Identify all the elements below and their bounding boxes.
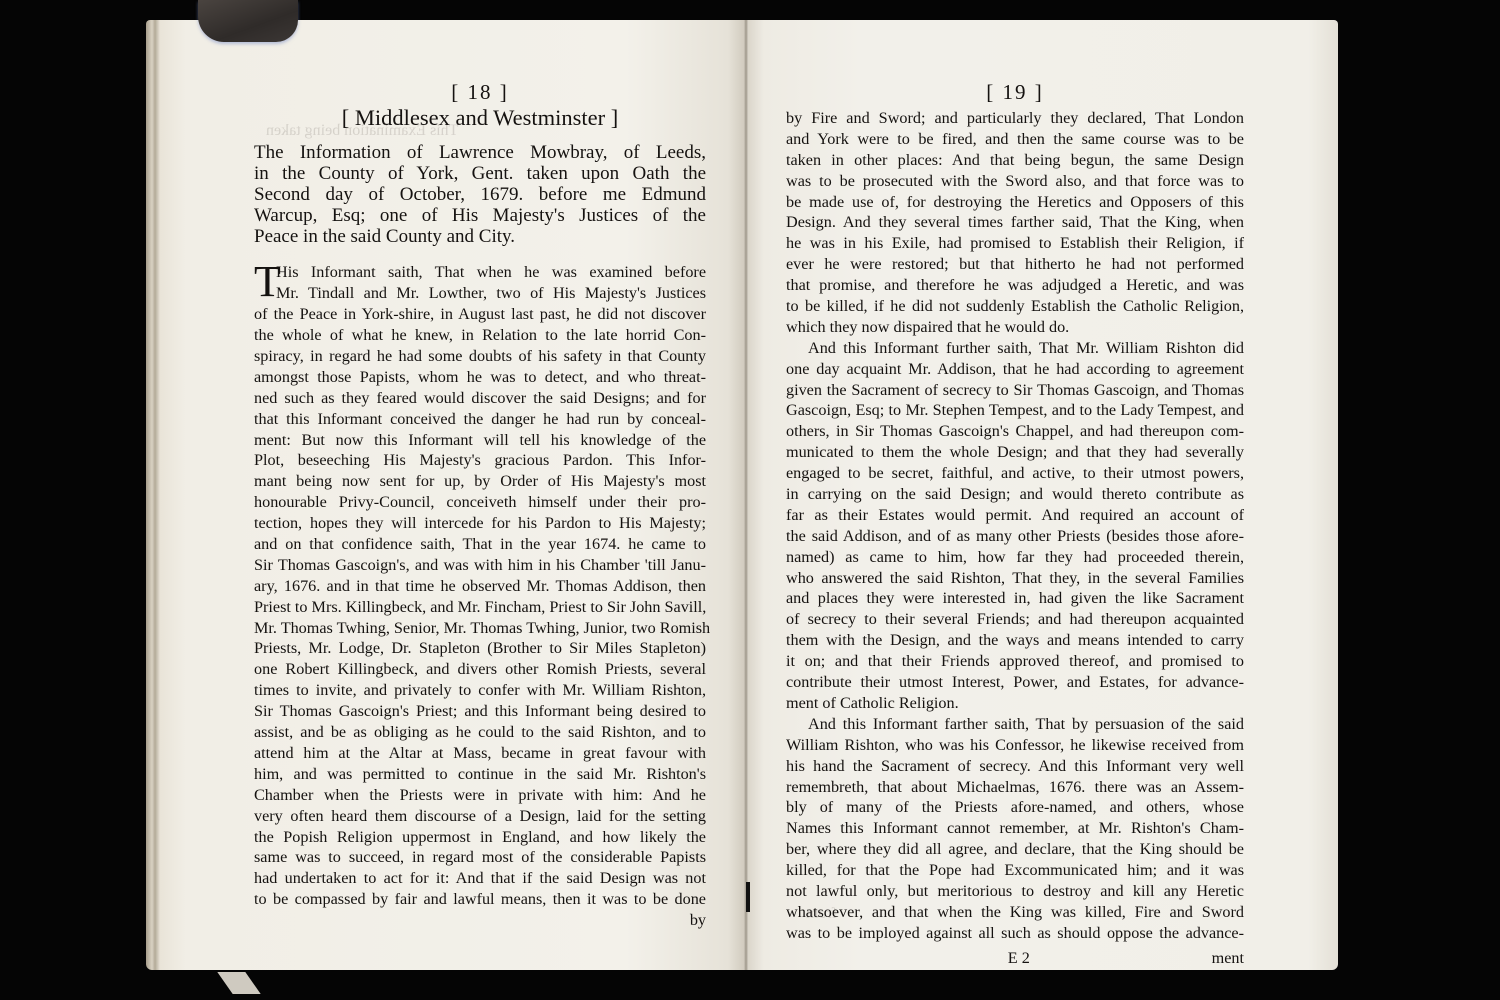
text-line: ary, 1676. and in that time he observed … <box>254 576 706 597</box>
text-line: one Robert Killingbeck, and divers other… <box>254 659 706 680</box>
text-line: by Fire and Sword; and particularly they… <box>786 108 1244 129</box>
text-line: Mr. Thomas Twhing, Senior, Mr. Thomas Tw… <box>254 618 706 639</box>
text-line: which they now dispaired that he would d… <box>786 317 1244 338</box>
heading-line: Second day of October, 1679. before me E… <box>270 184 706 205</box>
text-line: William Rishton, who was his Confessor, … <box>786 735 1244 756</box>
document-heading: The Information of Lawrence Mowbray, of … <box>254 142 706 246</box>
text-line: And this Informant further saith, That M… <box>786 338 1244 359</box>
right-column: [ 19 ] by Fire and Sword; and particular… <box>786 82 1244 970</box>
text-line: others, in Sir Thomas Gascoign's Chappel… <box>786 421 1244 442</box>
text-line: contribute their utmost Interest, Power,… <box>786 672 1244 693</box>
text-line: the whole of what he knew, in Relation t… <box>254 325 706 346</box>
text-line: Names this Informant cannot remember, at… <box>786 818 1244 839</box>
page-footer: E 2 ment <box>786 948 1244 970</box>
text-line: ment: But now this Informant will tell h… <box>254 430 706 451</box>
text-line: Sir Thomas Gascoign's, and was with him … <box>254 555 706 576</box>
text-line: mant being now sent for up, by Order of … <box>254 471 706 492</box>
catchword: by <box>254 910 706 931</box>
text-line: far as their Estates would permit. And r… <box>786 505 1244 526</box>
text-line: be made use of, for destroying the Heret… <box>786 192 1244 213</box>
text-line: spiracy, in regard he had some doubts of… <box>254 346 706 367</box>
text-line: whatsoever, and that when the King was k… <box>786 902 1244 923</box>
catchword: ment <box>1212 948 1244 970</box>
text-line: honourable Privy-Council, conceiveth him… <box>254 492 706 513</box>
heading-line: Peace in the said County and City. <box>270 226 706 247</box>
text-line: attend him at the Altar at Mass, became … <box>254 743 706 764</box>
text-line: Priests, Mr. Lodge, Dr. Stapleton (Broth… <box>254 638 706 659</box>
text-line: them with the Design, and the ways and m… <box>786 630 1244 651</box>
text-line: And this Informant farther saith, That b… <box>786 714 1244 735</box>
text-line: and on that confidence saith, That in th… <box>254 534 706 555</box>
text-line: of secrecy to their several Friends; and… <box>786 609 1244 630</box>
text-line: bly of many of the Priests afore-named, … <box>786 797 1244 818</box>
heading-line: Warcup, Esq; one of His Majesty's Justic… <box>270 205 706 226</box>
text-line: to be killed, if he did not suddenly Est… <box>786 296 1244 317</box>
text-line: Priest to Mrs. Killingbeck, and Mr. Finc… <box>254 597 706 618</box>
body-text: by Fire and Sword; and particularly they… <box>786 108 1244 944</box>
text-line: named) as came to him, how far they had … <box>786 547 1244 568</box>
text-line: and places they were interested in, had … <box>786 588 1244 609</box>
metal-clip <box>198 0 298 42</box>
text-line: it on; and that their Friends approved t… <box>786 651 1244 672</box>
text-line: ever he were restored; but that hitherto… <box>786 254 1244 275</box>
text-line: of the Peace in York-shire, in August la… <box>254 304 706 325</box>
text-line: given the Sacrament of secrecy to Sir Th… <box>786 380 1244 401</box>
text-line: had undertaken to act for it: And that i… <box>254 868 706 889</box>
text-line: remembreth, that about Michaelmas, 1676.… <box>786 777 1244 798</box>
heading-line: The Information of Lawrence Mowbray, of … <box>270 142 706 163</box>
drop-cap: T <box>254 262 281 302</box>
text-line: His Informant saith, That when he was ex… <box>254 262 706 283</box>
text-line: that promise, and therefore he was adjud… <box>786 275 1244 296</box>
body-text: T His Informant saith, That when he was … <box>254 262 706 931</box>
text-line: taken in other places: And that being be… <box>786 150 1244 171</box>
text-line: municated to them the whole Design; and … <box>786 442 1244 463</box>
text-line: very often heard them discourse of a Des… <box>254 806 706 827</box>
text-line: assist, and be as obliging as he could t… <box>254 722 706 743</box>
text-line: Design. And they several times farther s… <box>786 212 1244 233</box>
text-line: who answered the said Rishton, That they… <box>786 568 1244 589</box>
text-line: in carrying on the said Design; and woul… <box>786 484 1244 505</box>
section-title: [ Middlesex and Westminster ] <box>254 108 706 136</box>
text-line: ned such as they feared would discover t… <box>254 388 706 409</box>
text-line: him, and was permitted to continue in th… <box>254 764 706 785</box>
gutter-mark <box>746 882 750 912</box>
text-line: ber, where they did all agree, and decla… <box>786 839 1244 860</box>
text-line: to be compassed by fair and lawful means… <box>254 889 706 910</box>
text-line: engaged to be secret, faithful, and acti… <box>786 463 1244 484</box>
text-line: he was in his Exile, had promised to Est… <box>786 233 1244 254</box>
page-number: [ 19 ] <box>786 82 1244 108</box>
text-line: Gascoign, Esq; to Mr. Stephen Tempest, a… <box>786 400 1244 421</box>
text-line: and York were to be fired, and then the … <box>786 129 1244 150</box>
text-line: killed, for that the Pope had Excommunic… <box>786 860 1244 881</box>
text-line: Plot, beseeching His Majesty's gracious … <box>254 450 706 471</box>
text-line: his hand the Sacrament of secrecy. And t… <box>786 756 1244 777</box>
left-column: [ 18 ] [ Middlesex and Westminster ] The… <box>254 82 706 931</box>
signature-mark: E 2 <box>786 948 1212 970</box>
text-line: tection, hopes they will intercede for h… <box>254 513 706 534</box>
text-line: that this Informant conceived the danger… <box>254 409 706 430</box>
text-line: the said Addison, and of as many other P… <box>786 526 1244 547</box>
text-line: was to be prosecuted with the Sword also… <box>786 171 1244 192</box>
text-line: Mr. Tindall and Mr. Lowther, two of His … <box>254 283 706 304</box>
text-line: amongst those Papists, whom he was to de… <box>254 367 706 388</box>
text-line: one day acquaint Mr. Addison, that he ha… <box>786 359 1244 380</box>
text-line: was to be imployed against all such as s… <box>786 923 1244 944</box>
heading-line: in the County of York, Gent. taken upon … <box>270 163 706 184</box>
open-book: This Examination being taken from [ 18 ]… <box>146 20 1338 980</box>
text-line: the Popish Religion uppermost in England… <box>254 827 706 848</box>
text-line: ment of Catholic Religion. <box>786 693 1244 714</box>
text-line: same was to succeed, in regard most of t… <box>254 847 706 868</box>
text-line: not lawful only, but meritorious to dest… <box>786 881 1244 902</box>
book-gutter <box>744 20 748 970</box>
text-line: Sir Thomas Gascoign's Priest; and this I… <box>254 701 706 722</box>
text-line: Chamber when the Priests were in private… <box>254 785 706 806</box>
text-line: times to invite, and privately to confer… <box>254 680 706 701</box>
